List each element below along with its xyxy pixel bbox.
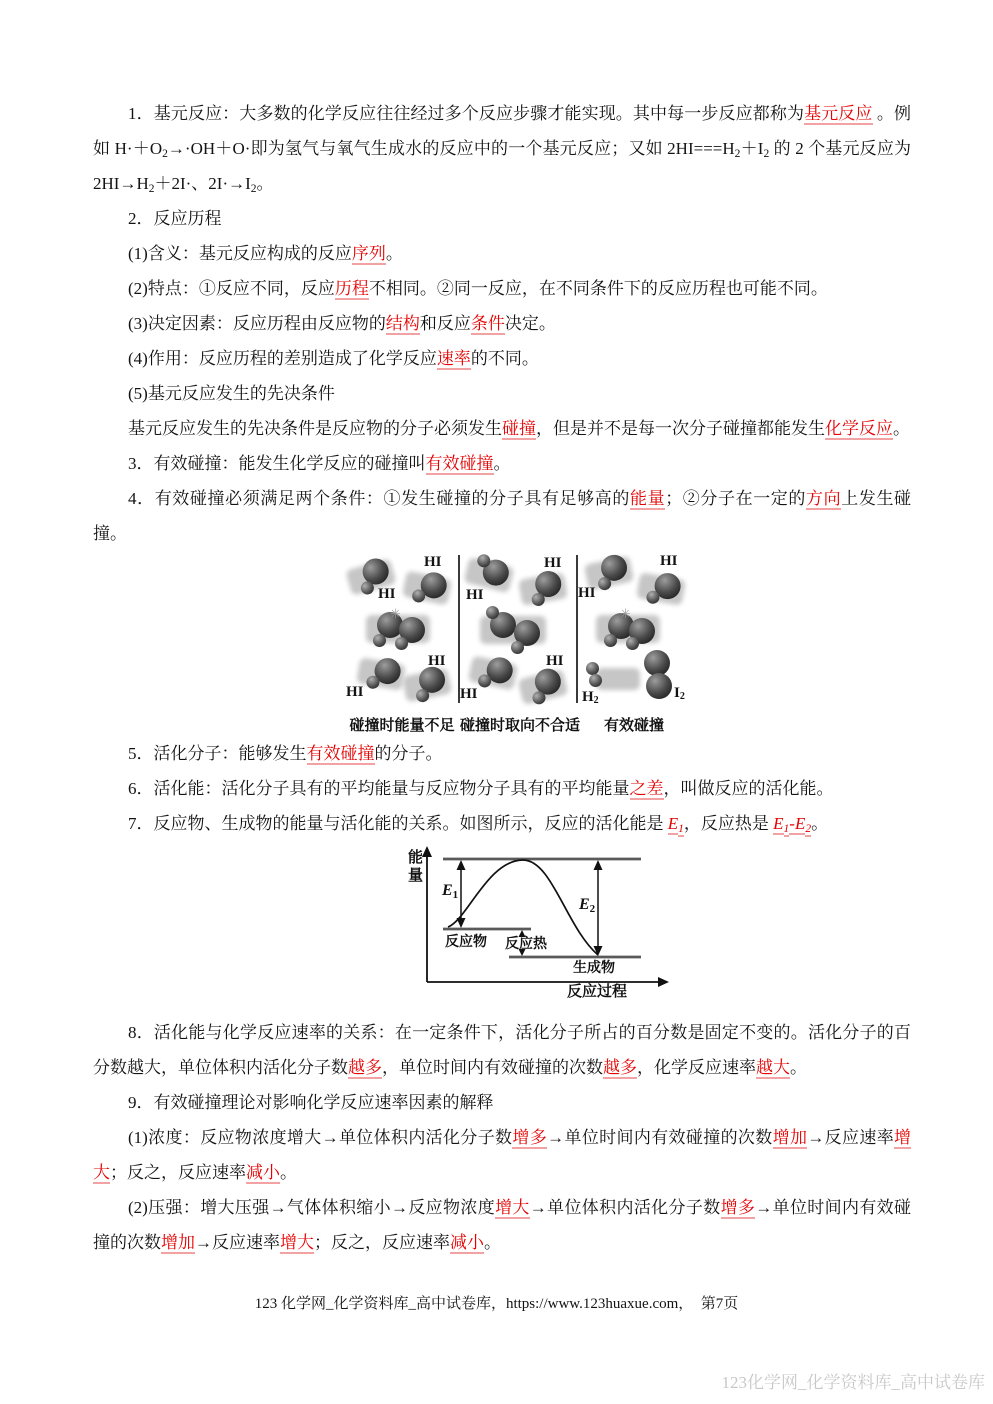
collision-panel-insufficient-energy: HI HI ✳ bbox=[346, 554, 458, 704]
i2-molecule bbox=[644, 650, 674, 704]
energy-diagram: 能量 E1 E2 反应物 反应热 生成物 反应过程 bbox=[391, 841, 681, 1001]
paragraph: 9．有效碰撞理论对影响化学反应速率因素的解释 bbox=[93, 1085, 911, 1120]
panel-row: HI HI bbox=[460, 554, 576, 604]
reaction-heat-label: 反应热 bbox=[505, 935, 547, 951]
molecule-label: HI bbox=[544, 556, 562, 571]
paragraph: 8．活化能与化学反应速率的关系：在一定条件下，活化分子所占的百分数是固定不变的。… bbox=[93, 1015, 911, 1085]
e2-label: E2 bbox=[579, 897, 595, 913]
collision-figure: HI HI ✳ bbox=[346, 554, 692, 730]
products-label: 生成物 bbox=[573, 959, 615, 975]
panel-caption: 碰撞时取向不合适 bbox=[460, 708, 576, 743]
document-body: 1．基元反应：大多数的化学反应往往经过多个反应步骤才能实现。其中每一步反应都称为… bbox=[93, 96, 911, 1260]
paragraph: (2)压强：增大压强→气体体积缩小→反应物浓度增大→单位体积内活化分子数增多→单… bbox=[93, 1190, 911, 1260]
text-section-3: 8．活化能与化学反应速率的关系：在一定条件下，活化分子所占的百分数是固定不变的。… bbox=[93, 1015, 911, 1260]
hi-molecule bbox=[401, 567, 453, 610]
paragraph: 6．活化能：活化分子具有的平均能量与反应物分子具有的平均能量之差，叫做反应的活化… bbox=[93, 771, 911, 806]
text-section-1: 1．基元反应：大多数的化学反应往往经过多个反应步骤才能实现。其中每一步反应都称为… bbox=[93, 96, 911, 551]
collision-captions: 碰撞时能量不足 碰撞时取向不合适 有效碰撞 bbox=[346, 708, 692, 743]
paragraph: (3)决定因素：反应历程由反应物的结构和反应条件决定。 bbox=[93, 306, 911, 341]
panel-caption: 碰撞时能量不足 bbox=[346, 708, 458, 743]
paragraph: (4)作用：反应历程的差别造成了化学反应速率的不同。 bbox=[93, 341, 911, 376]
page-footer: 123 化学网_化学资料库_高中试卷库，https://www.123huaxu… bbox=[0, 1292, 993, 1313]
site-watermark: 123化学网_化学资料库_高中试卷库 bbox=[722, 1368, 986, 1393]
collision-panel-wrong-orientation: HI HI HI bbox=[460, 554, 576, 704]
paragraph: 4．有效碰撞必须满足两个条件：①发生碰撞的分子具有足够高的能量；②分子在一定的方… bbox=[93, 481, 911, 551]
molecule-label: HI bbox=[660, 554, 678, 569]
panel-row: HI HI bbox=[578, 554, 690, 604]
molecule-label: HI bbox=[578, 586, 596, 601]
progress-axis-label: 反应过程 bbox=[567, 984, 627, 1000]
molecule-label: HI bbox=[546, 654, 564, 669]
molecule-label: HI bbox=[460, 687, 478, 702]
paragraph: (1)浓度：反应物浓度增大→单位体积内活化分子数增多→单位时间内有效碰撞的次数增… bbox=[93, 1120, 911, 1190]
paragraph: 3．有效碰撞：能发生化学反应的碰撞叫有效碰撞。 bbox=[93, 446, 911, 481]
reactants-label: 反应物 bbox=[445, 933, 487, 949]
text-section-2: 5．活化分子：能够发生有效碰撞的分子。6．活化能：活化分子具有的平均能量与反应物… bbox=[93, 736, 911, 841]
panel-row: ✳ bbox=[346, 604, 458, 654]
document-page: 1．基元反应：大多数的化学反应往往经过多个反应步骤才能实现。其中每一步反应都称为… bbox=[0, 0, 993, 1404]
panel-row: HI HI bbox=[460, 654, 576, 704]
panel-row: ✳ bbox=[578, 604, 690, 654]
colliding-molecules: ✳ bbox=[366, 610, 432, 652]
paragraph: 1．基元反应：大多数的化学反应往往经过多个反应步骤才能实现。其中每一步反应都称为… bbox=[93, 96, 911, 201]
panel-row: HI HI bbox=[346, 654, 458, 704]
paragraph: (1)含义：基元反应构成的反应序列。 bbox=[93, 236, 911, 271]
molecule-label: I2 bbox=[674, 686, 685, 701]
paragraph: 7．反应物、生成物的能量与活化能的关系。如图所示，反应的活化能是 E1，反应热是… bbox=[93, 806, 911, 841]
collision-panel-effective: HI HI ✳ bbox=[578, 554, 690, 704]
molecule-label: H2 bbox=[582, 690, 599, 705]
colliding-molecules: ✳ bbox=[596, 610, 662, 652]
e1-label: E1 bbox=[442, 883, 458, 899]
hi-molecule bbox=[517, 665, 570, 709]
energy-diagram-plot bbox=[391, 841, 681, 1001]
collision-panels: HI HI ✳ bbox=[346, 554, 692, 704]
molecule-label: HI bbox=[424, 555, 442, 570]
paragraph: (5)基元反应发生的先决条件 bbox=[93, 376, 911, 411]
panel-caption: 有效碰撞 bbox=[578, 708, 690, 743]
energy-axis-label: 能量 bbox=[406, 849, 422, 885]
paragraph: (2)特点：①反应不同，反应历程不相同。②同一反应，在不同条件下的反应历程也可能… bbox=[93, 271, 911, 306]
panel-row: HI HI bbox=[346, 554, 458, 604]
collision-spark-icon: ✳ bbox=[620, 597, 631, 632]
molecule-label: HI bbox=[466, 588, 484, 603]
colliding-molecules bbox=[480, 611, 546, 653]
molecule-label: HI bbox=[428, 654, 446, 669]
hi-molecule bbox=[401, 664, 453, 707]
panel-row bbox=[460, 604, 576, 654]
paragraph: 基元反应发生的先决条件是反应物的分子必须发生碰撞，但是并不是每一次分子碰撞都能发… bbox=[93, 411, 911, 446]
paragraph: 2．反应历程 bbox=[93, 201, 911, 236]
collision-spark-icon: ✳ bbox=[390, 597, 401, 632]
panel-row: H2 I2 bbox=[578, 654, 690, 704]
